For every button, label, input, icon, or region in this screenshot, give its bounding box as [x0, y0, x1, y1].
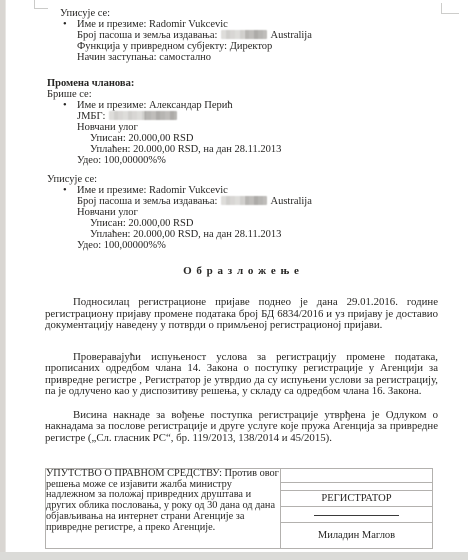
registrar-label: РЕГИСТРАТОР — [281, 491, 433, 507]
scan-edge-left-line — [5, 0, 6, 560]
block2-paid-line: Уплаћен: 20.000,00 RSD, на дан 28.11.201… — [45, 144, 438, 155]
block2-heading: Промена чланова: — [47, 78, 438, 89]
scan-edge-bottom — [0, 552, 468, 560]
block1-name-text: Име и презиме: Radomir Vukcevic — [77, 19, 228, 30]
legal-remedy-title: УПУТСТВО О ПРАВНОМ СРЕДСТВУ: — [46, 468, 222, 479]
block1-function-line: Функција у привредном субјекту: Директор — [45, 41, 438, 52]
block3-name-text: Име и презиме: Radomir Vukcevic — [77, 185, 228, 196]
document-page: { "bullet": "•", "colors": { "page_bg": … — [0, 0, 468, 560]
scan-corner-mark-top-right — [441, 3, 459, 14]
bullet-icon: • — [63, 19, 67, 30]
explanation-paragraph-3: Висина накнаде за вођење поступка регист… — [45, 410, 438, 445]
explanation-paragraph-1: Подносилац регистрационе пријаве поднео … — [45, 297, 438, 332]
passport-country: Australija — [270, 196, 311, 207]
jmbg-label: ЈМБГ: — [77, 111, 105, 122]
block3-deposit-line: Новчани улог — [45, 207, 438, 218]
block2-name-text: Име и презиме: Александар Перић — [77, 100, 233, 111]
block1-representation-line: Начин заступања: самостално — [45, 52, 438, 63]
passport-label: Број пасоша и земља издавања: — [77, 196, 217, 207]
passport-label: Број пасоша и земља издавања: — [77, 30, 217, 41]
block3-subscribed-line: Уписан: 20.000,00 RSD — [45, 218, 438, 229]
block2-subscribed-line: Уписан: 20.000,00 RSD — [45, 133, 438, 144]
block2-name-line: • Име и презиме: Александар Перић — [45, 100, 438, 111]
bullet-icon: • — [63, 100, 67, 111]
document-body: Уписује се: • Име и презиме: Radomir Vuk… — [45, 8, 438, 549]
bullet-icon: • — [63, 185, 67, 196]
signature-line — [314, 515, 399, 516]
block1-heading: Уписује се: — [60, 8, 438, 19]
redaction-block-jmbg — [109, 111, 177, 120]
block3-passport-line: Број пасоша и земља издавања:Australija — [45, 196, 438, 207]
block3-paid-line: Уплаћен: 20.000,00 RSD, на дан 28.11.201… — [45, 229, 438, 240]
registrar-empty-row-2 — [281, 483, 433, 491]
legal-remedy-cell: УПУТСТВО О ПРАВНОМ СРЕДСТВУ: Против овог… — [46, 469, 281, 549]
block2-subheading: Брише се: — [47, 89, 438, 100]
footer-table: УПУТСТВО О ПРАВНОМ СРЕДСТВУ: Против овог… — [45, 468, 433, 549]
passport-country: Australija — [270, 30, 311, 41]
registrar-empty-row-1 — [281, 469, 433, 483]
redaction-block-passport-1 — [221, 30, 267, 39]
block3-share-line: Удео: 100,00000%% — [45, 240, 438, 251]
explanation-paragraph-2: Проверавајући испуњеност услова за регис… — [45, 352, 438, 398]
block3-heading: Уписује се: — [47, 174, 438, 185]
block1-name-line: • Име и презиме: Radomir Vukcevic — [45, 19, 438, 30]
block2-jmbg-line: ЈМБГ: — [45, 111, 438, 122]
block3-name-line: • Име и презиме: Radomir Vukcevic — [45, 185, 438, 196]
registrar-name: Миладин Маглов — [281, 523, 433, 549]
block2-deposit-line: Новчани улог — [45, 122, 438, 133]
redaction-block-passport-2 — [221, 196, 267, 205]
explanation-heading: О б р а з л о ж е њ е — [45, 266, 438, 277]
block2-share-line: Удео: 100,00000%% — [45, 155, 438, 166]
signature-row — [281, 507, 433, 523]
block1-passport-line: Број пасоша и земља издавања:Australija — [45, 30, 438, 41]
